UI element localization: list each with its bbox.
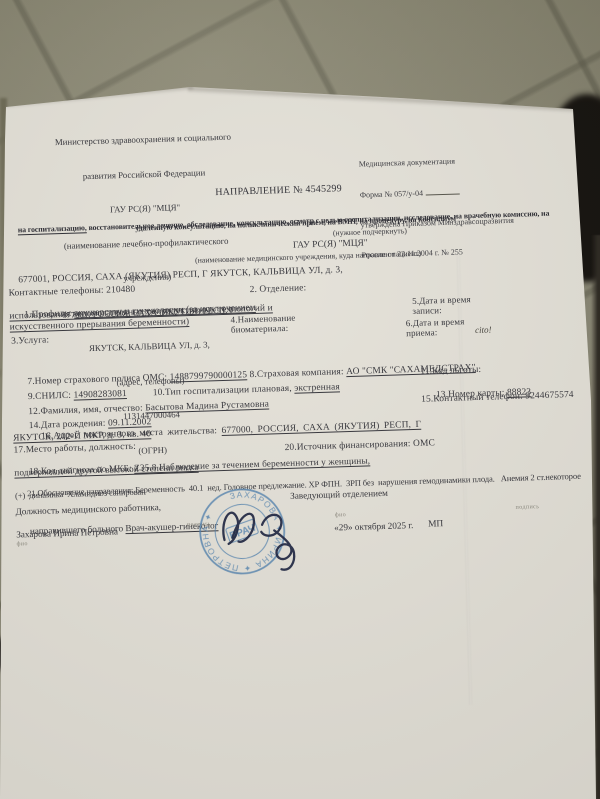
issuer-line: развития Российской Федерации [8, 165, 280, 185]
field-3-service: 3.Услуга: [11, 335, 49, 346]
issuer-line: Министерство здравоохранения и социально… [7, 130, 279, 150]
fio-label-right: фио [335, 512, 346, 518]
referral-document: Министерство здравоохранения и социально… [0, 0, 600, 799]
signature-stroke [274, 530, 294, 570]
signature-label-right: подпись [516, 504, 540, 511]
issuer-line: ЯКУТСК, КАЛЬВИЦА УЛ, д. 3, [13, 337, 285, 357]
issue-date: «29» октября 2025 г. [334, 520, 413, 532]
field-5-record-datetime: 5.Дата и время записи: [412, 294, 485, 316]
field-10-value: экстренная [294, 382, 340, 393]
field-2-department: 2. Отделение: [250, 283, 307, 295]
doctor-signature-scribble [209, 489, 316, 580]
signature-strokes [223, 511, 295, 572]
fio-label-left: фио [16, 541, 27, 547]
field-12-value: Басытова Мадина Рустамовна [145, 400, 269, 414]
field-16-value-line1: 677000, РОССИЯ, САХА (ЯКУТИЯ) РЕСП, Г [221, 420, 421, 436]
field-11-benefit-code: 11.Код льготы: [420, 365, 481, 377]
field-4-biomaterial: 4.Наименование биоматериала: [230, 312, 326, 335]
cito-mark: cito! [475, 325, 492, 336]
photo-of-referral-document: Министерство здравоохранения и социально… [0, 0, 600, 799]
field-6-appointment-datetime: 6.Дата и время приема: [406, 316, 479, 338]
form-info-line: Медицинская документация [359, 153, 574, 170]
mp-stamp-place-label: МП [428, 519, 443, 529]
